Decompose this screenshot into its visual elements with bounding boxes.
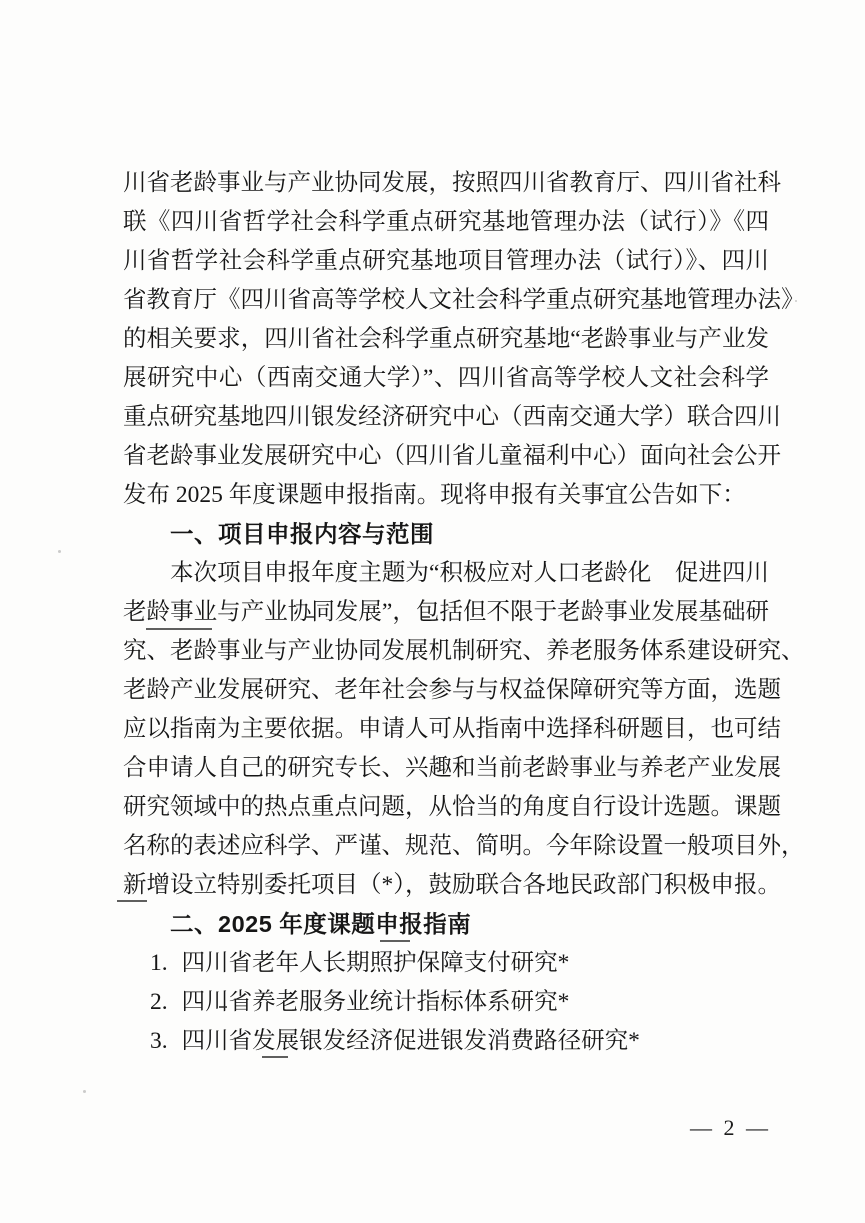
scan-mark — [380, 940, 410, 942]
list-item-number: 3. — [150, 1022, 168, 1061]
list-item-text: 四川省老年人长期照护保障支付研究* — [182, 950, 570, 976]
section-heading-2: 二、2025 年度课题申报指南 — [123, 905, 769, 944]
page-number: — 2 — — [690, 1112, 790, 1144]
body-line: 老龄产业发展研究、老年社会参与与权益保障研究等方面，选题 — [123, 671, 769, 710]
body-line: 省教育厅《四川省高等学校人文社会科学重点研究基地管理办法》 — [123, 281, 769, 320]
scan-mark — [305, 616, 314, 618]
body-line: 的相关要求，四川省社会科学重点研究基地“老龄事业与产业发 — [123, 320, 769, 359]
body-line: 合申请人自己的研究专长、兴趣和当前老龄事业与养老产业发展 — [123, 749, 769, 788]
list-item: 2.四川省养老服务业统计指标体系研究* — [123, 983, 769, 1022]
scan-mark — [262, 1056, 288, 1058]
body-line: 省老龄事业发展研究中心（四川省儿童福利中心）面向社会公开 — [123, 437, 769, 476]
scan-speck — [58, 550, 61, 553]
scan-mark — [421, 616, 430, 618]
body-line: 展研究中心（西南交通大学）”、四川省高等学校人文社会科学 — [123, 359, 769, 398]
list-item-text: 四川省养老服务业统计指标体系研究* — [182, 989, 570, 1015]
scan-speck — [795, 300, 797, 302]
body-line: 本次项目申报年度主题为“积极应对人口老龄化 促进四川 — [123, 554, 769, 593]
body-line: 应以指南为主要依据。申请人可从指南中选择科研题目，也可结 — [123, 710, 769, 749]
body-line: 研究领域中的热点重点问题，从恰当的角度自行设计选题。课题 — [123, 788, 769, 827]
scan-mark — [117, 900, 147, 902]
list-item: 1.四川省老年人长期照护保障支付研究* — [123, 944, 769, 983]
list-item-text: 四川省发展银发经济促进银发消费路径研究* — [182, 1028, 640, 1054]
body-line: 川省哲学社会科学重点研究基地项目管理办法（试行）》、四川 — [123, 242, 769, 281]
section-heading-1: 一、项目申报内容与范围 — [123, 515, 769, 554]
body-line: 究、老龄事业与产业协同发展机制研究、养老服务体系建设研究、 — [123, 632, 769, 671]
body-line: 名称的表述应科学、严谨、规范、简明。今年除设置一般项目外， — [123, 827, 769, 866]
document-page: 川省老龄事业与产业协同发展，按照四川省教育厅、四川省社科 联《四川省哲学社会科学… — [0, 0, 865, 1223]
list-item: 3.四川省发展银发经济促进银发消费路径研究* — [123, 1022, 769, 1061]
scan-speck — [83, 1090, 86, 1093]
body-line: 重点研究基地四川银发经济研究中心（西南交通大学）联合四川 — [123, 398, 769, 437]
list-item-number: 1. — [150, 944, 168, 983]
body-line: 新增设立特别委托项目（*），鼓励联合各地民政部门积极申报。 — [123, 866, 769, 905]
body-line: 发布 2025 年度课题申报指南。现将申报有关事宜公告如下： — [123, 476, 769, 515]
body-line: 老龄事业与产业协同发展”，包括但不限于老龄事业发展基础研 — [123, 593, 769, 632]
body-line: 川省老龄事业与产业协同发展，按照四川省教育厅、四川省社科 — [123, 164, 769, 203]
scan-mark — [146, 628, 212, 630]
body-line: 联《四川省哲学社会科学重点研究基地管理办法（试行）》《四 — [123, 203, 769, 242]
list-item-number: 2. — [150, 983, 168, 1022]
document-body: 川省老龄事业与产业协同发展，按照四川省教育厅、四川省社科 联《四川省哲学社会科学… — [123, 164, 769, 1061]
scan-mark — [219, 1006, 227, 1008]
